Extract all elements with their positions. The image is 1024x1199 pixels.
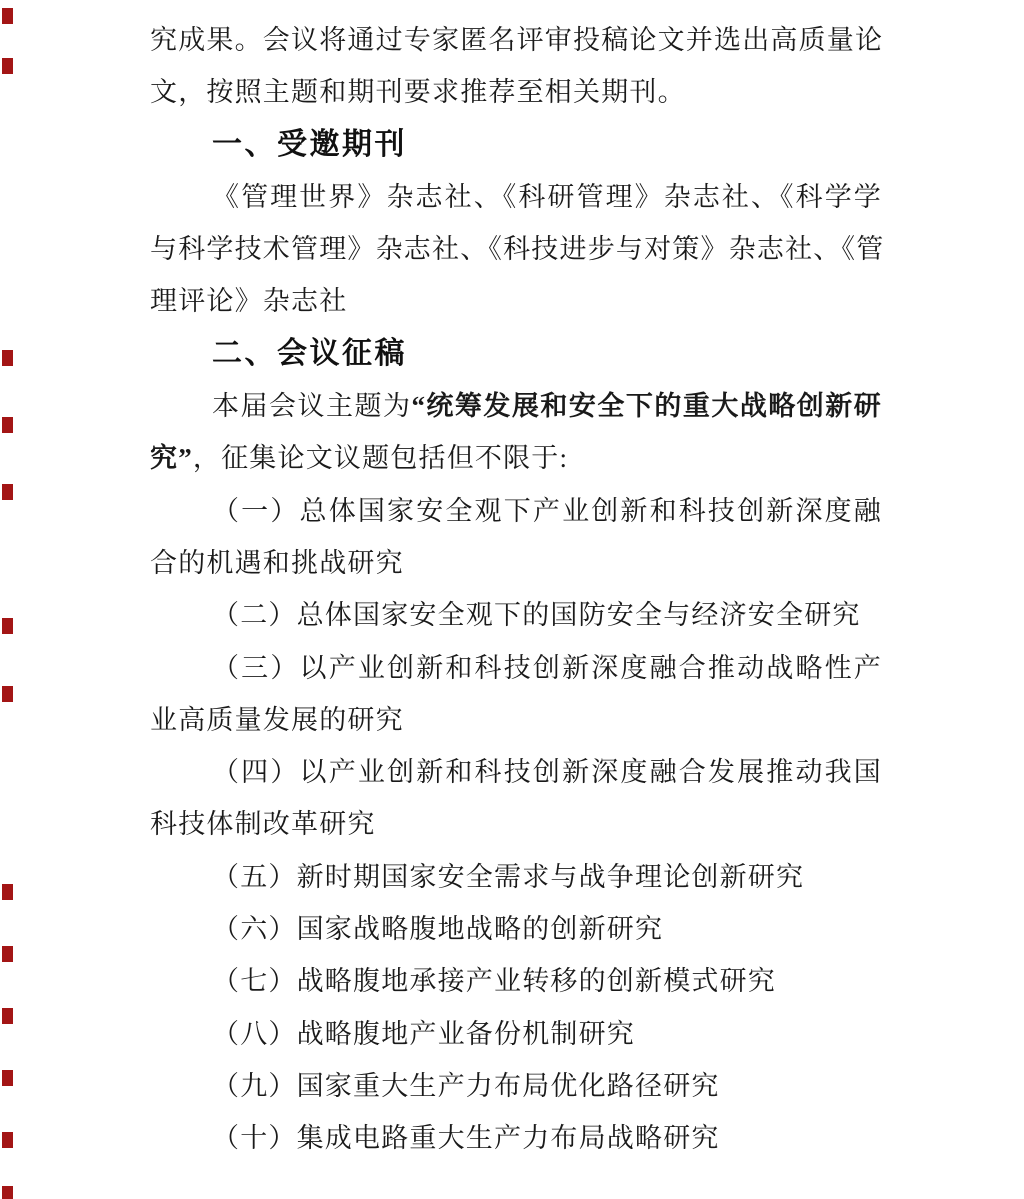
topic-item-3-line-2: 业高质量发展的研究 [150,694,882,746]
theme-line-2: 究”，征集论文议题包括但不限于: [150,432,882,484]
edit-marker [2,1186,13,1199]
edit-marker [2,686,13,702]
topic-item-6: （六）国家战略腹地战略的创新研究 [150,903,882,955]
edit-marker [2,1132,13,1148]
edit-marker [2,8,13,24]
edit-marker [2,350,13,366]
intro-line-1: 究成果。会议将通过专家匿名评审投稿论文并选出高质量论 [150,14,882,66]
theme-line-2-bold: 究” [150,443,193,473]
theme-line-1-bold: “统筹发展和安全下的重大战略创新研 [411,391,882,421]
journal-list-line-2: 与科学技术管理》杂志社、《科技进步与对策》杂志社、《管 [150,223,882,275]
topic-item-4-line-2: 科技体制改革研究 [150,798,882,850]
topic-item-1-line-2: 合的机遇和挑战研究 [150,537,882,589]
edit-marker [2,884,13,900]
theme-line-1-regular: 本届会议主题为 [212,391,411,421]
topic-item-2: （二）总体国家安全观下的国防安全与经济安全研究 [150,589,882,641]
topic-item-7: （七）战略腹地承接产业转移的创新模式研究 [150,955,882,1007]
edit-marker [2,484,13,500]
journal-list-line-1: 《管理世界》杂志社、《科研管理》杂志社、《科学学 [150,171,882,223]
edit-marker [2,1070,13,1086]
journal-list-line-3: 理评论》杂志社 [150,275,882,327]
edit-marker [2,58,13,74]
topic-item-3-line-1: （三）以产业创新和科技创新深度融合推动战略性产 [150,642,882,694]
edit-marker [2,618,13,634]
topic-item-10: （十）集成电路重大生产力布局战略研究 [150,1112,882,1164]
topic-item-8: （八）战略腹地产业备份机制研究 [150,1008,882,1060]
document-page: 究成果。会议将通过专家匿名评审投稿论文并选出高质量论 文，按照主题和期刊要求推荐… [0,0,1024,1199]
topic-item-5: （五）新时期国家安全需求与战争理论创新研究 [150,851,882,903]
edit-marker [2,1008,13,1024]
section-2-heading: 二、会议征稿 [150,328,882,380]
topic-item-9: （九）国家重大生产力布局优化路径研究 [150,1060,882,1112]
edit-marker [2,417,13,433]
theme-line-1: 本届会议主题为“统筹发展和安全下的重大战略创新研 [150,380,882,432]
theme-line-2-regular: ，征集论文议题包括但不限于: [193,443,568,473]
section-1-heading: 一、受邀期刊 [150,119,882,171]
intro-line-2: 文，按照主题和期刊要求推荐至相关期刊。 [150,66,882,118]
edit-marker [2,946,13,962]
document-body: 究成果。会议将通过专家匿名评审投稿论文并选出高质量论 文，按照主题和期刊要求推荐… [150,14,882,1165]
topic-item-1-line-1: （一）总体国家安全观下产业创新和科技创新深度融 [150,485,882,537]
topic-item-4-line-1: （四）以产业创新和科技创新深度融合发展推动我国 [150,746,882,798]
